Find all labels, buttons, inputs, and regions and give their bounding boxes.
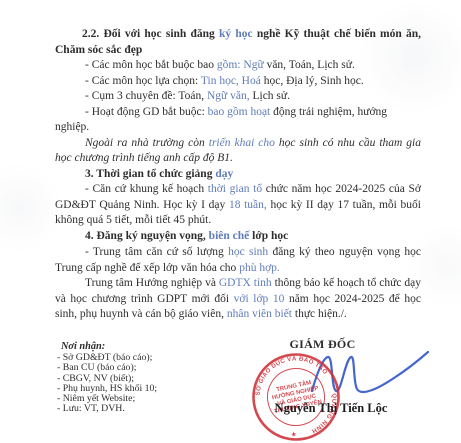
bullet-required-activities: - Hoạt động GD bắt buộc: bao gồm hoạt độ… [55,105,421,136]
document-page: 2.2. Đối với học sinh đăng ký học nghề K… [0,0,461,443]
bullet-topic-cluster: - Cụm 3 chuyên đề: Toán, Ngữ văn, Lịch s… [55,89,421,105]
paragraph-schedule: - Căn cứ khung kế hoạch thời gian tổ chứ… [55,182,421,229]
document-body: 2.2. Đối với học sinh đăng ký học nghề K… [55,27,421,323]
recipient-item: - Lưu: VT, DVH. [57,404,157,414]
bullet-required-subjects: - Các môn học bắt buộc bao gồm: Ngữ văn,… [55,58,421,74]
section-heading-3: 3. Thời gian tổ chức giảng dạy [55,167,421,183]
official-stamp: SỞ GIÁO DỤC VÀ ĐÀO TẠO QUẢNG NINH TRUNG … [246,351,346,443]
recipients-block: Nơi nhận: - Sở GD&ĐT (báo cáo); - Ban CU… [62,341,157,415]
section-heading-4: 4. Đăng ký nguyện vọng, biên chế lớp học [55,229,421,245]
note-english-program: Ngoài ra nhà trường còn triển khai cho h… [55,136,421,167]
stamp-star-icon: ★ [290,431,297,439]
recipients-label: Nơi nhận: [61,341,157,352]
paragraph-class-assignment: - Trung tâm căn cứ số lượng học sinh đăn… [55,245,421,276]
signer-name: Nguyễn Thị Tiến Lộc [243,401,419,416]
section-heading-2-2: 2.2. Đối với học sinh đăng ký học nghề K… [55,27,421,58]
bullet-elective-subjects: - Các môn học lựa chọn: Tin học, Hoá học… [55,74,421,90]
paragraph-announcement: Trung tâm Hướng nghiệp và GDTX tỉnh thôn… [55,276,421,323]
